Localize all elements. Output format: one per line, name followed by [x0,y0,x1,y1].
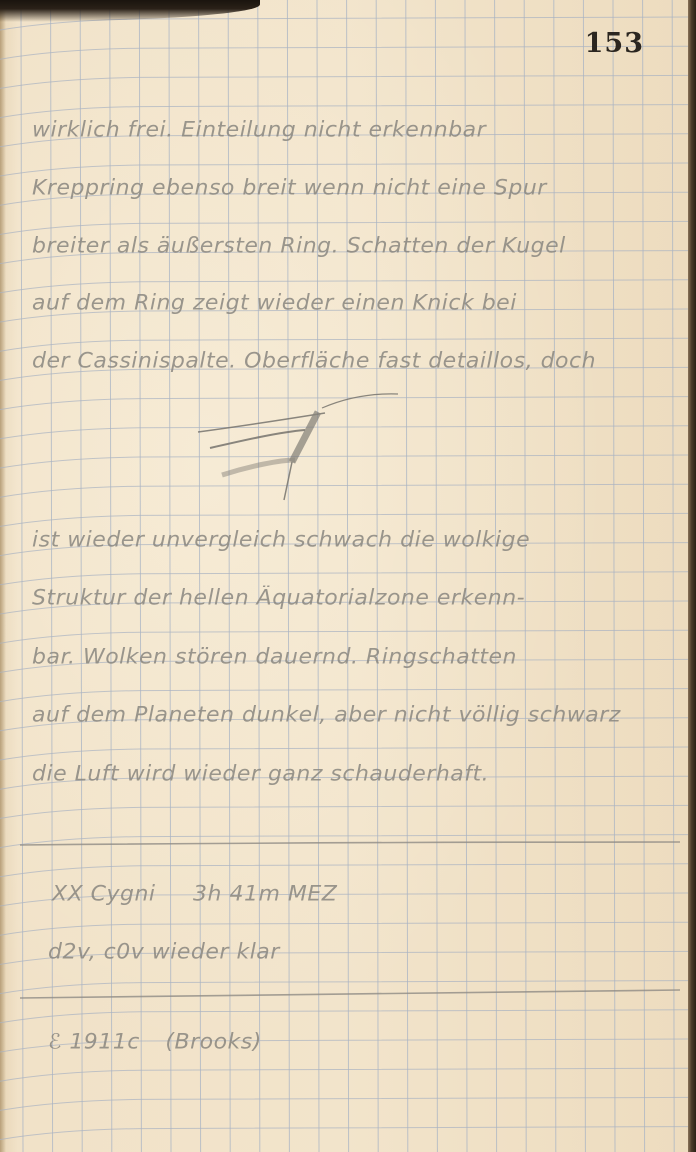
handwritten-line: bar. Wolken stören dauernd. Ringschatten [32,646,517,670]
comet-entry: ℰ 1911c (Brooks) [48,1031,262,1055]
entry-heading: XX Cygni 3h 41m MEZ [52,883,337,907]
entry-time: 3h 41m MEZ [193,883,337,907]
entry-note: d2v, c0v wieder klar [48,941,280,965]
handwritten-line: auf dem Planeten dunkel, aber nicht völl… [32,704,621,728]
comet-designation: ℰ 1911c [48,1031,140,1055]
handwritten-line: auf dem Ring zeigt wieder einen Knick be… [32,292,517,316]
handwritten-line: der Cassinispalte. Oberfläche fast detai… [32,350,596,374]
comet-name: (Brooks) [165,1031,261,1055]
handwritten-line: die Luft wird wieder ganz schauderhaft. [32,763,489,787]
notebook-binding [688,0,696,1152]
handwritten-line: wirklich frei. Einteilung nicht erkennba… [32,119,486,143]
handwritten-line: Kreppring ebenso breit wenn nicht eine S… [32,177,547,201]
page-number: 153 [585,28,644,59]
notebook-page: 153 wirklich frei. Einteilung nicht erke… [0,0,688,1152]
handwritten-line: Struktur der hellen Äquatorialzone erken… [32,587,525,611]
handwritten-line: ist wieder unvergleich schwach die wolki… [32,529,530,553]
entry-star-name: XX Cygni [52,883,156,907]
grid-lines [0,0,688,1152]
ring-shadow-sketch-icon [198,394,398,500]
handwritten-line: breiter als äußersten Ring. Schatten der… [32,235,566,259]
